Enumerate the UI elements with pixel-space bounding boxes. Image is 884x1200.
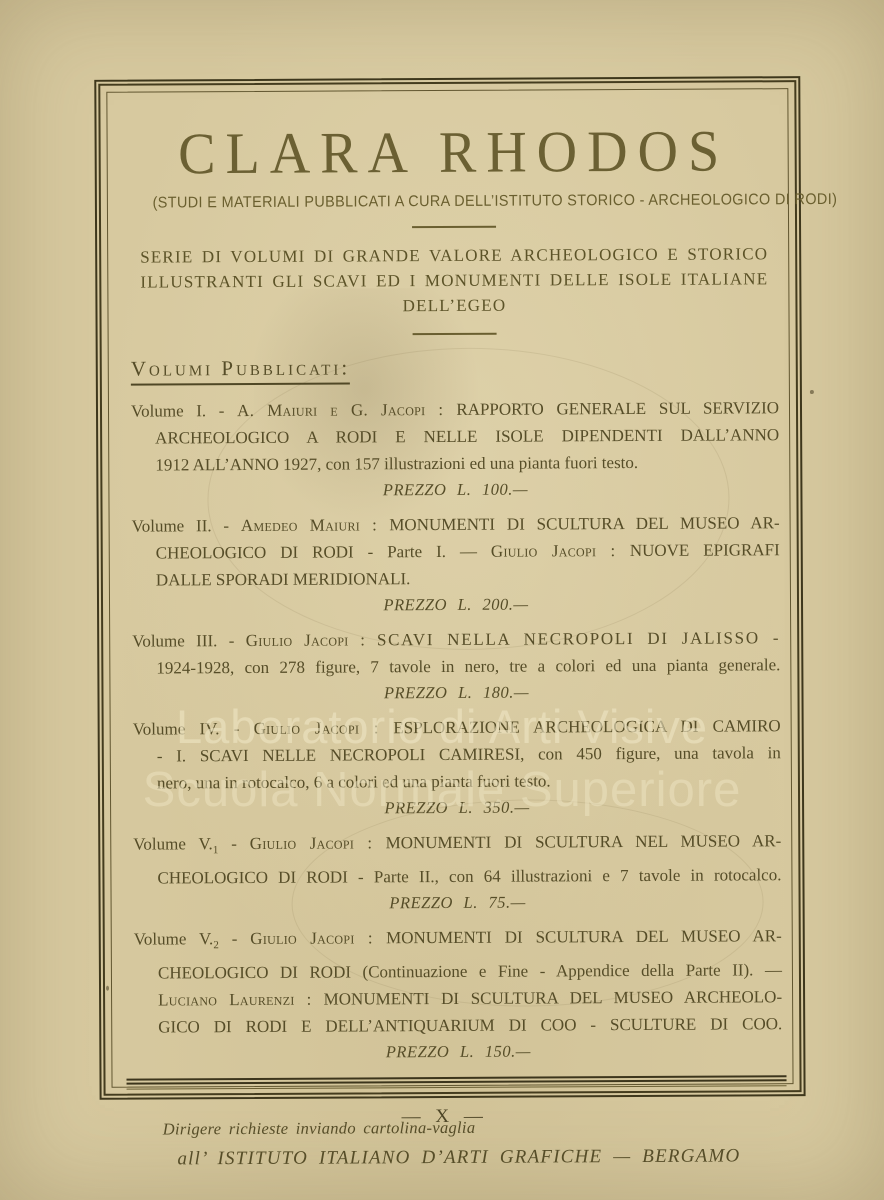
section-heading: Volumi Pubblicati: [131, 355, 351, 385]
volume-text-run: CHEOLOGICO DI RODI (Continuazione e Fine… [158, 960, 782, 982]
volume-text-run: A. Maiuri e G. Jacopi : [237, 400, 456, 420]
series-note: SERIE DI VOLUMI DI GRANDE VALORE ARCHEOL… [130, 241, 778, 319]
volume-line: CHEOLOGICO DI RODI - Parte I. — Giulio J… [156, 536, 780, 566]
volume-text-run: Giulio Jacopi : [250, 833, 386, 853]
volume-text-run: GICO DI RODI E DELL’ANTIQUARIUM DI COO -… [158, 1014, 782, 1036]
scanned-page: CLARA RHODOS (STUDI E MATERIALI PUBBLICA… [0, 0, 884, 1200]
page-content: CLARA RHODOS (STUDI E MATERIALI PUBBLICA… [107, 89, 792, 1087]
thick-divider [127, 1075, 787, 1089]
volume-line: DALLE SPORADI MERIDIONALI. [156, 563, 780, 593]
divider-rule-bottom [413, 333, 497, 335]
series-line-1: SERIE DI VOLUMI DI GRANDE VALORE ARCHEOL… [130, 241, 778, 269]
page-number: — X — [3, 1104, 884, 1131]
volume-text-run: CHEOLOGICO DI RODI - Parte I. — [156, 542, 491, 563]
volume-text-run: Volume V. [133, 834, 213, 853]
volume-line: Volume II. - Amedeo Maiuri : MONUMENTI D… [132, 509, 780, 539]
volume-text-run: Giulio Jacopi : [254, 718, 394, 738]
volume-text-run: RAPPORTO GENERALE SUL SERVIZIO [456, 398, 779, 419]
footer-publisher: all’ ISTITUTO ITALIANO D’ARTI GRAFICHE —… [135, 1145, 783, 1170]
volume-text-run: Volume I. - [131, 401, 237, 421]
volume-text-run: NUOVE EPIGRAFI [630, 540, 780, 560]
volume-text-run: Giulio Jacopi : [250, 928, 386, 948]
volume-line: CHEOLOGICO DI RODI (Continuazione e Fine… [158, 956, 782, 986]
paper-speck [810, 390, 814, 394]
volume-line: Volume V.1 - Giulio Jacopi : MONUMENTI D… [133, 827, 781, 864]
page-subtitle: (STUDI E MATERIALI PUBBLICATI A CURA DEL… [153, 191, 756, 212]
volume-price: PREZZO L. 350.— [133, 796, 781, 819]
volume-text-run: nero, una in rotocalco, 6 a colori ed un… [157, 771, 551, 792]
volume-text-run: MONUMENTI DI SCULTURA DEL MUSEO AR- [389, 513, 779, 534]
volume-price: PREZZO L. 180.— [132, 681, 780, 704]
volume-text-run: - [219, 929, 251, 948]
volume-line: Luciano Laurenzi : MONUMENTI DI SCULTURA… [158, 983, 782, 1013]
volume-entry: Volume III. - Giulio Jacopi : SCAVI NELL… [132, 624, 780, 704]
scan-content: CLARA RHODOS (STUDI E MATERIALI PUBBLICA… [0, 0, 884, 1200]
page-border-frame-mid: CLARA RHODOS (STUDI E MATERIALI PUBBLICA… [98, 80, 801, 1096]
page-border-frame-inner: CLARA RHODOS (STUDI E MATERIALI PUBBLICA… [106, 88, 793, 1088]
volume-text-run: ARCHEOLOGICO A RODI E NELLE ISOLE DIPEND… [155, 425, 779, 447]
volume-text-run: MONUMENTI DI SCULTURA NEL MUSEO AR- [386, 831, 782, 852]
volume-text-run: Giulio Jacopi : [246, 630, 377, 650]
volume-entry: Volume V.1 - Giulio Jacopi : MONUMENTI D… [133, 827, 781, 914]
volume-price: PREZZO L. 75.— [134, 891, 782, 914]
volume-line: Volume I. - A. Maiuri e G. Jacopi : RAPP… [131, 394, 779, 424]
volume-text-run: Volume IV. - [133, 719, 254, 739]
thick-divider-line [127, 1085, 787, 1089]
page-border-frame: CLARA RHODOS (STUDI E MATERIALI PUBBLICA… [94, 76, 805, 1100]
volume-text-run: - [218, 834, 250, 853]
volume-text-run: - I. SCAVI NELLE NECROPOLI CAMIRESI, con… [157, 743, 781, 765]
volume-text-run: Amedeo Maiuri : [241, 515, 389, 535]
volume-text-run: MONUMENTI DI SCULTURA DEL MUSEO AR- [386, 926, 782, 947]
volume-text-run: Volume II. - [132, 516, 241, 536]
volume-line: 1924-1928, con 278 figure, 7 tavole in n… [156, 651, 780, 681]
volumes-list: Volume I. - A. Maiuri e G. Jacopi : RAPP… [131, 394, 782, 1063]
volume-line: Volume V.2 - Giulio Jacopi : MONUMENTI D… [134, 922, 782, 959]
page-title: CLARA RHODOS [129, 120, 777, 186]
volume-line: nero, una in rotocalco, 6 a colori ed un… [157, 766, 781, 796]
volume-entry: Volume II. - Amedeo Maiuri : MONUMENTI D… [132, 509, 781, 616]
volume-text-run: DALLE SPORADI MERIDIONALI. [156, 569, 411, 589]
series-line-2: ILLUSTRANTI GLI SCAVI ED I MONUMENTI DEL… [130, 266, 778, 319]
volume-text-run: Volume III. - [132, 631, 246, 651]
divider-rule-top [412, 226, 496, 228]
volume-text-run: SCAVI NELLA NECROPOLI DI JALISSO - [377, 628, 780, 649]
volume-price: PREZZO L. 100.— [131, 478, 779, 501]
volume-text-run: Volume V. [134, 929, 214, 948]
volume-entry: Volume I. - A. Maiuri e G. Jacopi : RAPP… [131, 394, 780, 501]
volume-text-run: CHEOLOGICO DI RODI - Parte II., con 64 i… [157, 865, 781, 887]
volume-text-run: 1924-1928, con 278 figure, 7 tavole in n… [156, 655, 780, 677]
volume-line: CHEOLOGICO DI RODI - Parte II., con 64 i… [157, 861, 781, 891]
volume-text-run: MONUMENTI DI SCULTURA DEL MUSEO ARCHEOLO… [324, 987, 783, 1008]
volume-line: - I. SCAVI NELLE NECROPOLI CAMIRESI, con… [157, 739, 781, 769]
volume-text-run: 1912 ALL’ANNO 1927, con 157 illustrazion… [155, 453, 638, 475]
volume-line: ARCHEOLOGICO A RODI E NELLE ISOLE DIPEND… [155, 421, 779, 451]
volume-price: PREZZO L. 200.— [132, 593, 780, 616]
volume-text-run: Giulio Jacopi : [491, 541, 630, 561]
volume-line: Volume IV. - Giulio Jacopi : ESPLORAZION… [133, 712, 781, 742]
volume-text-run: Luciano Laurenzi : [158, 990, 324, 1010]
volume-text-run: ESPLORAZIONE ARCHEOLOGICA DI CAMIRO [393, 716, 780, 737]
volume-price: PREZZO L. 150.— [134, 1040, 782, 1063]
volume-entry: Volume IV. - Giulio Jacopi : ESPLORAZION… [133, 712, 782, 819]
volume-line: 1912 ALL’ANNO 1927, con 157 illustrazion… [155, 448, 779, 478]
volume-line: Volume III. - Giulio Jacopi : SCAVI NELL… [132, 624, 780, 654]
volume-line: GICO DI RODI E DELL’ANTIQUARIUM DI COO -… [158, 1010, 782, 1040]
section-heading-row: Volumi Pubblicati: [131, 353, 779, 381]
volume-entry: Volume V.2 - Giulio Jacopi : MONUMENTI D… [134, 922, 783, 1063]
